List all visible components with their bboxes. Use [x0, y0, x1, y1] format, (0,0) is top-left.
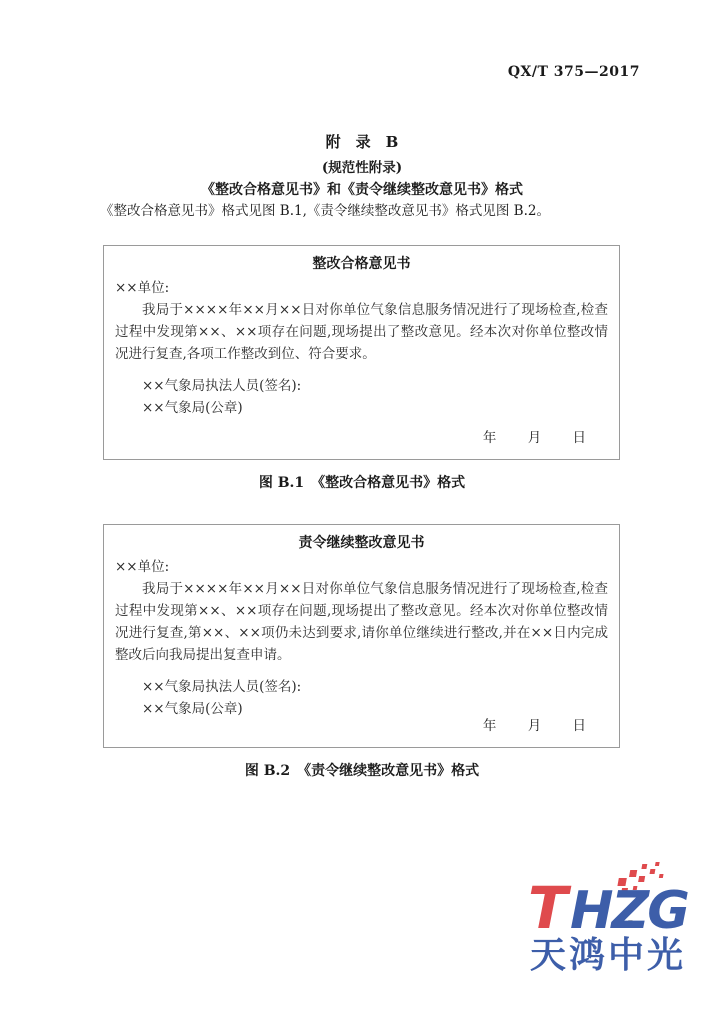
appendix-heading: 《整改合格意见书》和《责令继续整改意见书》格式	[0, 179, 724, 199]
logo-company-name: 天鸿中光	[526, 936, 710, 976]
thzg-watermark-logo: T HZG 天鸿中光	[526, 860, 710, 980]
form1-salutation: ××单位:	[115, 277, 608, 299]
thzg-logo-icon: T HZG	[526, 860, 710, 940]
form2-sign-line-1: ××气象局执法人员(签名):	[142, 676, 608, 698]
form1-date-month: 月	[528, 427, 542, 449]
form1-date-line: 年 月 日	[483, 427, 586, 449]
intro-paragraph: 《整改合格意见书》格式见图 B.1,《责令继续整改意见书》格式见图 B.2。	[100, 201, 626, 221]
form2-date-day: 日	[573, 715, 587, 737]
form2-date-line: 年 月 日	[483, 715, 586, 737]
document-page: QX/T 375—2017 附 录 B (规范性附录) 《整改合格意见书》和《责…	[0, 0, 724, 1024]
form2-title: 责令继续整改意见书	[115, 530, 608, 556]
form2-date-year: 年	[483, 715, 497, 737]
form2-salutation: ××单位:	[115, 556, 608, 578]
form1-date-year: 年	[483, 427, 497, 449]
figure-b2-caption: 图 B.2 《责令继续整改意见书》格式	[0, 760, 724, 780]
form2-body: 我局于××××年××月××日对你单位气象信息服务情况进行了现场检查,检查过程中发…	[115, 578, 608, 666]
figure-b1-caption: 图 B.1 《整改合格意见书》格式	[0, 472, 724, 492]
form1-date-day: 日	[573, 427, 587, 449]
form1-title: 整改合格意见书	[115, 251, 608, 277]
form1-sign-line-2: ××气象局(公章)	[142, 397, 608, 419]
form1-sign-line-1: ××气象局执法人员(签名):	[142, 375, 608, 397]
form-box-rectification-qualified: 整改合格意见书 ××单位: 我局于××××年××月××日对你单位气象信息服务情况…	[103, 245, 620, 460]
standard-number: QX/T 375—2017	[508, 64, 640, 80]
form2-date-month: 月	[528, 715, 542, 737]
appendix-subtitle: (规范性附录)	[0, 156, 724, 176]
logo-letters-hzg: HZG	[570, 881, 688, 940]
form-box-order-continue-rectification: 责令继续整改意见书 ××单位: 我局于××××年××月××日对你单位气象信息服务…	[103, 524, 620, 748]
appendix-title: 附 录 B	[0, 131, 724, 152]
form1-body: 我局于××××年××月××日对你单位气象信息服务情况进行了现场检查,检查过程中发…	[115, 299, 608, 365]
logo-letter-t: T	[528, 874, 572, 940]
